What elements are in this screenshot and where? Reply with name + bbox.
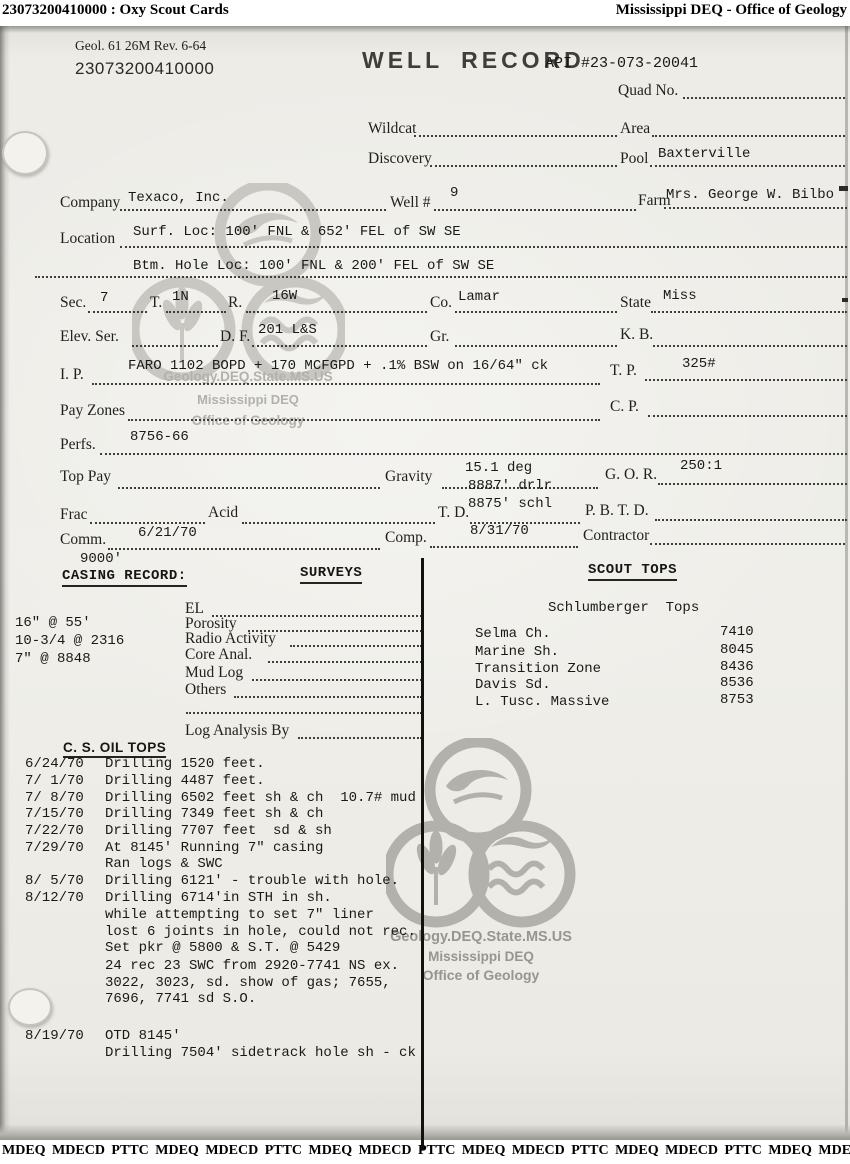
field-value-well-no: 9 — [450, 185, 458, 201]
field-value-state: Miss — [663, 288, 697, 304]
field-label-acid: Acid — [208, 504, 238, 522]
oil-top-text: 24 rec 23 SWC from 2920-7741 NS ex. — [105, 958, 399, 974]
oil-top-text: 3022, 3023, sd. show of gas; 7655, — [105, 975, 391, 991]
oil-top-date: 8/19/70 — [25, 1028, 84, 1044]
dotted-line — [651, 311, 847, 313]
field-value-td-driller: 8887' drlr — [468, 478, 552, 494]
dotted-line — [128, 419, 600, 421]
viewer-footer-bar: MDEQ MDECD PTTC MDEQ MDECD PTTC MDEQ MDE… — [0, 1140, 850, 1164]
field-value-gravity: 15.1 deg — [465, 460, 532, 476]
field-value-range: 16W — [272, 288, 297, 304]
field-label-pool: Pool — [620, 150, 648, 168]
field-label-discovery: Discovery — [368, 150, 432, 168]
scan-edge-shadow-bottom — [0, 1124, 850, 1140]
dotted-line — [653, 345, 847, 347]
well-id-number: 23073200410000 — [75, 59, 214, 79]
dotted-line — [652, 135, 845, 137]
field-label-area: Area — [620, 120, 650, 138]
footer-org-tags: MDEQ MDECD PTTC MDEQ MDECD PTTC MDEQ MDE… — [2, 1143, 850, 1159]
field-label-top-pay: Top Pay — [60, 468, 111, 486]
dotted-line — [455, 311, 617, 313]
field-label-gravity: Gravity — [385, 468, 432, 486]
oil-top-text: OTD 8145' — [105, 1028, 181, 1044]
oil-top-text: Drilling 4487 feet. — [105, 773, 265, 789]
scan-edge-shadow-left — [0, 26, 10, 1140]
field-value-sec: 7 — [100, 290, 108, 306]
field-label-pay-zones: Pay Zones — [60, 402, 125, 420]
casing-item: 7" @ 8848 — [15, 651, 91, 667]
surveys-heading: SURVEYS — [300, 565, 362, 584]
field-value-pool: Baxterville — [658, 146, 750, 162]
scout-tops-subheading: Schlumberger Tops — [548, 600, 699, 616]
field-label-elev-ser: Elev. Ser. — [60, 328, 119, 346]
dotted-line — [166, 311, 226, 313]
dotted-line — [268, 661, 422, 663]
field-label-comp: Comp. — [385, 529, 427, 547]
dotted-line — [90, 522, 205, 524]
dotted-line — [108, 548, 380, 550]
field-value-gor: 250:1 — [680, 458, 722, 474]
dotted-line — [455, 345, 617, 347]
field-label-gor: G. O. R. — [605, 466, 657, 484]
field-label-kb: K. B. — [620, 326, 653, 344]
dotted-line — [658, 483, 847, 485]
field-value-surface-location: Surf. Loc: 100' FNL & 652' FEL of SW SE — [133, 224, 461, 240]
scan-speck — [839, 186, 848, 191]
dotted-line — [683, 97, 845, 99]
dotted-line — [186, 712, 422, 714]
oil-top-date: 7/15/70 — [25, 806, 84, 822]
dotted-line — [645, 379, 847, 381]
dotted-line — [100, 453, 847, 455]
oil-top-date: 8/ 5/70 — [25, 873, 84, 889]
dotted-line — [648, 415, 847, 417]
field-label-sec: Sec. — [60, 294, 86, 312]
oil-top-text: while attempting to set 7" liner — [105, 907, 374, 923]
scan-blemish — [8, 988, 52, 1026]
dotted-line — [120, 209, 386, 211]
oil-top-text: lost 6 joints in hole, could not rec. — [105, 924, 416, 940]
field-value-comm-date: 6/21/70 — [138, 525, 197, 541]
scanned-well-record-card: Geology.DEQ.State.MS.US Mississippi DEQ … — [0, 26, 850, 1140]
dotted-line — [212, 615, 422, 617]
field-value-company: Texaco, Inc. — [128, 190, 229, 206]
dotted-line — [434, 209, 636, 211]
oil-top-date: 6/24/70 — [25, 756, 84, 772]
casing-item: 16" @ 55' — [15, 615, 91, 631]
watermark-text-line2: Mississippi DEQ — [378, 949, 584, 964]
dotted-line — [88, 311, 147, 313]
field-label-pbtd: P. B. T. D. — [585, 502, 649, 520]
field-label-state: State — [620, 294, 651, 312]
dotted-line — [252, 679, 422, 681]
document-id-title: 23073200410000 : Oxy Scout Cards — [2, 2, 229, 19]
scout-top-depth: 8045 — [720, 642, 754, 658]
scout-top-name: Davis Sd. — [475, 677, 551, 693]
field-label-quad-no: Quad No. — [618, 82, 678, 100]
scan-edge-shadow-top — [0, 26, 850, 33]
bird-icon — [446, 770, 508, 802]
oil-top-text: Ran logs & SWC — [105, 856, 223, 872]
dotted-line — [430, 546, 578, 548]
field-label-tp: T. P. — [610, 362, 637, 380]
watermark-text-line2: Mississippi DEQ — [142, 392, 354, 407]
field-label-contractor: Contractor — [583, 527, 649, 545]
scout-top-depth: 8436 — [720, 659, 754, 675]
scout-tops-heading: SCOUT TOPS — [588, 562, 677, 581]
field-value-tp: 325# — [682, 356, 716, 372]
oil-top-date: 7/29/70 — [25, 840, 84, 856]
api-number: API #23-073-20041 — [545, 55, 698, 72]
scan-speck — [842, 298, 848, 302]
survey-label-mud-log: Mud Log — [185, 664, 243, 682]
oil-top-text: Drilling 7349 feet sh & ch — [105, 806, 323, 822]
oil-top-text: Drilling 6714'in STH in sh. — [105, 890, 332, 906]
dotted-line — [242, 522, 435, 524]
oil-top-text: Drilling 6121' - trouble with hole. — [105, 873, 399, 889]
field-label-township: T. — [150, 294, 162, 312]
source-org-title: Mississippi DEQ - Office of Geology — [616, 2, 847, 19]
scout-top-name: L. Tusc. Massive — [475, 694, 609, 710]
field-value-ip: FARO 1102 BOPD + 170 MCFGPD + .1% BSW on… — [128, 358, 548, 374]
oil-top-text: At 8145' Running 7" casing — [105, 840, 323, 856]
field-value-county: Lamar — [458, 289, 500, 305]
dotted-line — [650, 543, 845, 545]
oil-top-text: Drilling 1520 feet. — [105, 756, 265, 772]
deq-watermark-logo — [386, 738, 576, 928]
field-label-td: T. D. — [438, 504, 469, 522]
field-value-total-depth-note: 9000' — [80, 551, 122, 567]
oil-top-date: 8/12/70 — [25, 890, 84, 906]
survey-label-core-anal: Core Anal. — [185, 646, 252, 664]
dotted-line — [655, 519, 847, 521]
dotted-line — [290, 645, 422, 647]
casing-item: 10-3/4 @ 2316 — [15, 633, 124, 649]
dotted-line — [414, 135, 617, 137]
casing-record-heading: CASING RECORD: — [62, 568, 187, 587]
oil-top-date: 7/22/70 — [25, 823, 84, 839]
dotted-line — [246, 311, 427, 313]
field-value-df: 201 L&S — [258, 322, 317, 338]
field-value-comp-date: 8/31/70 — [470, 523, 529, 539]
field-value-township: 1N — [172, 289, 189, 305]
field-value-bottom-hole-location: Btm. Hole Loc: 100' FNL & 200' FEL of SW… — [133, 258, 494, 274]
scout-top-name: Transition Zone — [475, 661, 601, 677]
scout-top-name: Selma Ch. — [475, 626, 551, 642]
oil-top-text: Drilling 6502 feet sh & ch 10.7# mud — [105, 790, 416, 806]
field-value-perfs: 8756-66 — [130, 429, 189, 445]
dotted-line — [120, 246, 847, 248]
scout-top-depth: 7410 — [720, 624, 754, 640]
dotted-line — [118, 487, 380, 489]
dotted-line — [430, 165, 617, 167]
dotted-line — [92, 383, 600, 385]
dotted-line — [132, 345, 218, 347]
field-label-company: Company — [60, 194, 120, 212]
scout-top-depth: 8753 — [720, 692, 754, 708]
field-label-frac: Frac — [60, 506, 88, 524]
section-divider-line — [421, 558, 424, 1150]
oil-top-text: Drilling 7504' sidetrack hole sh - ck — [105, 1045, 416, 1061]
scan-edge-shadow-right — [845, 26, 848, 1140]
oil-top-text: Drilling 7707 feet sd & sh — [105, 823, 332, 839]
dotted-line — [234, 696, 422, 698]
deq-watermark-logo — [132, 183, 345, 380]
survey-label-others: Others — [185, 681, 226, 699]
field-label-county: Co. — [430, 294, 452, 312]
dotted-line — [252, 345, 427, 347]
dotted-line — [664, 207, 847, 209]
field-value-td-schlumberger: 8875' schl — [468, 496, 552, 512]
field-label-comm: Comm. — [60, 531, 106, 549]
waves-icon — [489, 837, 554, 893]
watermark-text-line3: Office of Geology — [378, 967, 584, 983]
oil-top-text: 7696, 7741 sd S.O. — [105, 991, 256, 1007]
form-revision-note: Geol. 61 26M Rev. 6-64 — [75, 38, 206, 54]
document-viewer: 23073200410000 : Oxy Scout Cards Mississ… — [0, 0, 850, 1164]
field-label-range: R. — [228, 294, 242, 312]
field-label-perfs: Perfs. — [60, 436, 96, 454]
viewer-header-bar: 23073200410000 : Oxy Scout Cards Mississ… — [0, 0, 850, 26]
survey-label-log-analysis-by: Log Analysis By — [185, 722, 289, 740]
field-label-df: D. F. — [220, 328, 250, 346]
dotted-line — [650, 165, 845, 167]
field-value-farm: Mrs. George W. Bilbo — [666, 187, 834, 203]
scout-top-depth: 8536 — [720, 675, 754, 691]
field-label-well-no: Well # — [390, 194, 431, 212]
scout-top-name: Marine Sh. — [475, 644, 559, 660]
field-label-location: Location — [60, 230, 115, 248]
field-label-wildcat: Wildcat — [368, 120, 416, 138]
dotted-line — [35, 276, 847, 278]
field-label-cp: C. P. — [610, 398, 639, 416]
field-label-gr: Gr. — [430, 328, 449, 346]
oil-top-date: 7/ 1/70 — [25, 773, 84, 789]
dotted-line — [298, 737, 422, 739]
field-label-ip: I. P. — [60, 366, 84, 384]
oil-top-text: Set pkr @ 5800 & S.T. @ 5429 — [105, 940, 340, 956]
oil-top-date: 7/ 8/70 — [25, 790, 84, 806]
scan-blemish — [2, 131, 48, 175]
